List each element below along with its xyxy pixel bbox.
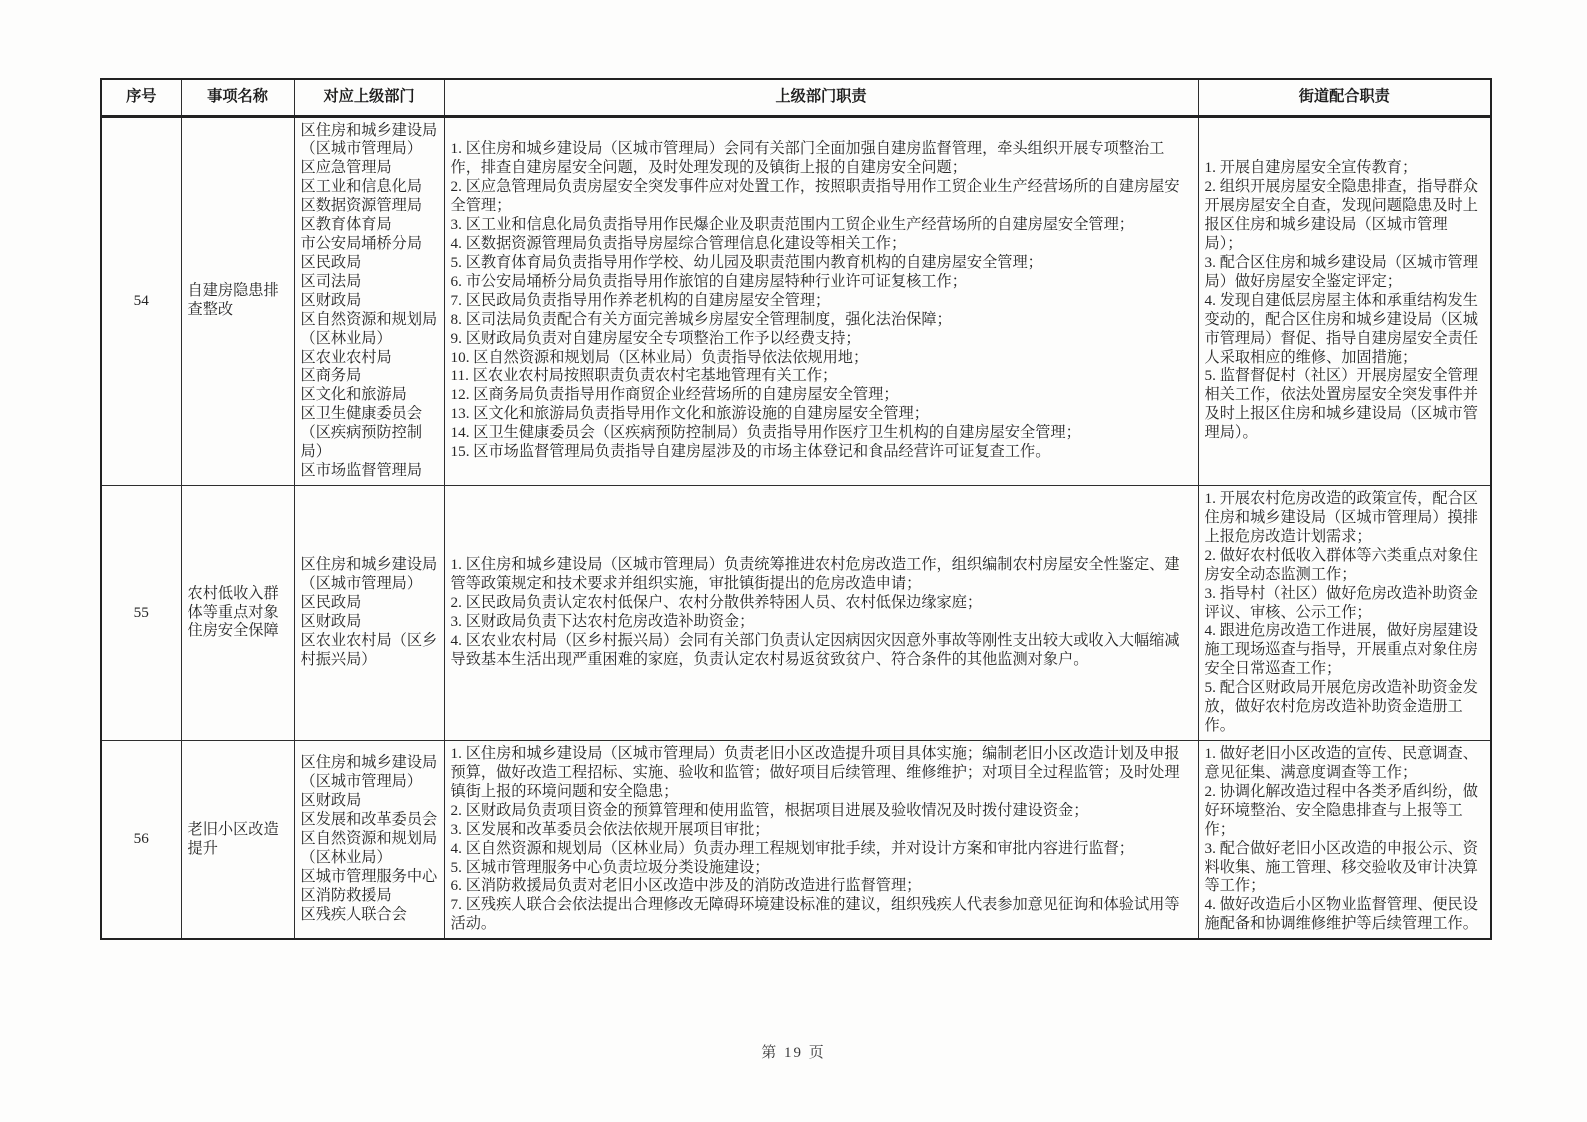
cell-street-duties: 1. 开展农村危房改造的政策宣传，配合区住房和城乡建设局（区城市管理局）摸排上报… (1198, 486, 1491, 741)
cell-item-name: 农村低收入群体等重点对象住房安全保障 (181, 486, 294, 741)
header-superior-duties: 上级部门职责 (444, 79, 1198, 116)
header-item-name: 事项名称 (181, 79, 294, 116)
cell-departments: 区住房和城乡建设局（区城市管理局） 区财政局 区发展和改革委员会 区自然资源和规… (294, 741, 444, 940)
header-serial: 序号 (101, 79, 181, 116)
cell-serial: 56 (101, 741, 181, 940)
document-page: 序号 事项名称 对应上级部门 上级部门职责 街道配合职责 54 自建房隐患排查整… (0, 0, 1587, 1122)
cell-item-name: 老旧小区改造提升 (181, 741, 294, 940)
table-row-55: 55 农村低收入群体等重点对象住房安全保障 区住房和城乡建设局（区城市管理局） … (101, 486, 1491, 741)
responsibility-table: 序号 事项名称 对应上级部门 上级部门职责 街道配合职责 54 自建房隐患排查整… (100, 78, 1492, 940)
cell-serial: 55 (101, 486, 181, 741)
cell-departments: 区住房和城乡建设局（区城市管理局） 区民政局 区财政局 区农业农村局（区乡村振兴… (294, 486, 444, 741)
cell-superior-duties: 1. 区住房和城乡建设局（区城市管理局）负责老旧小区改造提升项目具体实施；编制老… (444, 741, 1198, 940)
cell-item-name: 自建房隐患排查整改 (181, 116, 294, 486)
cell-serial: 54 (101, 116, 181, 486)
cell-street-duties: 1. 做好老旧小区改造的宣传、民意调查、意见征集、满意度调查等工作； 2. 协调… (1198, 741, 1491, 940)
cell-superior-duties: 1. 区住房和城乡建设局（区城市管理局）会同有关部门全面加强自建房监督管理，牵头… (444, 116, 1198, 486)
cell-superior-duties: 1. 区住房和城乡建设局（区城市管理局）负责统筹推进农村危房改造工作，组织编制农… (444, 486, 1198, 741)
table-row-56: 56 老旧小区改造提升 区住房和城乡建设局（区城市管理局） 区财政局 区发展和改… (101, 741, 1491, 940)
cell-street-duties: 1. 开展自建房屋安全宣传教育； 2. 组织开展房屋安全隐患排查，指导群众开展房… (1198, 116, 1491, 486)
table-row-54: 54 自建房隐患排查整改 区住房和城乡建设局（区城市管理局） 区应急管理局 区工… (101, 116, 1491, 486)
table-header-row: 序号 事项名称 对应上级部门 上级部门职责 街道配合职责 (101, 79, 1491, 116)
page-number: 第 19 页 (0, 1041, 1587, 1062)
header-departments: 对应上级部门 (294, 79, 444, 116)
cell-departments: 区住房和城乡建设局（区城市管理局） 区应急管理局 区工业和信息化局 区数据资源管… (294, 116, 444, 486)
header-street-duties: 街道配合职责 (1198, 79, 1491, 116)
